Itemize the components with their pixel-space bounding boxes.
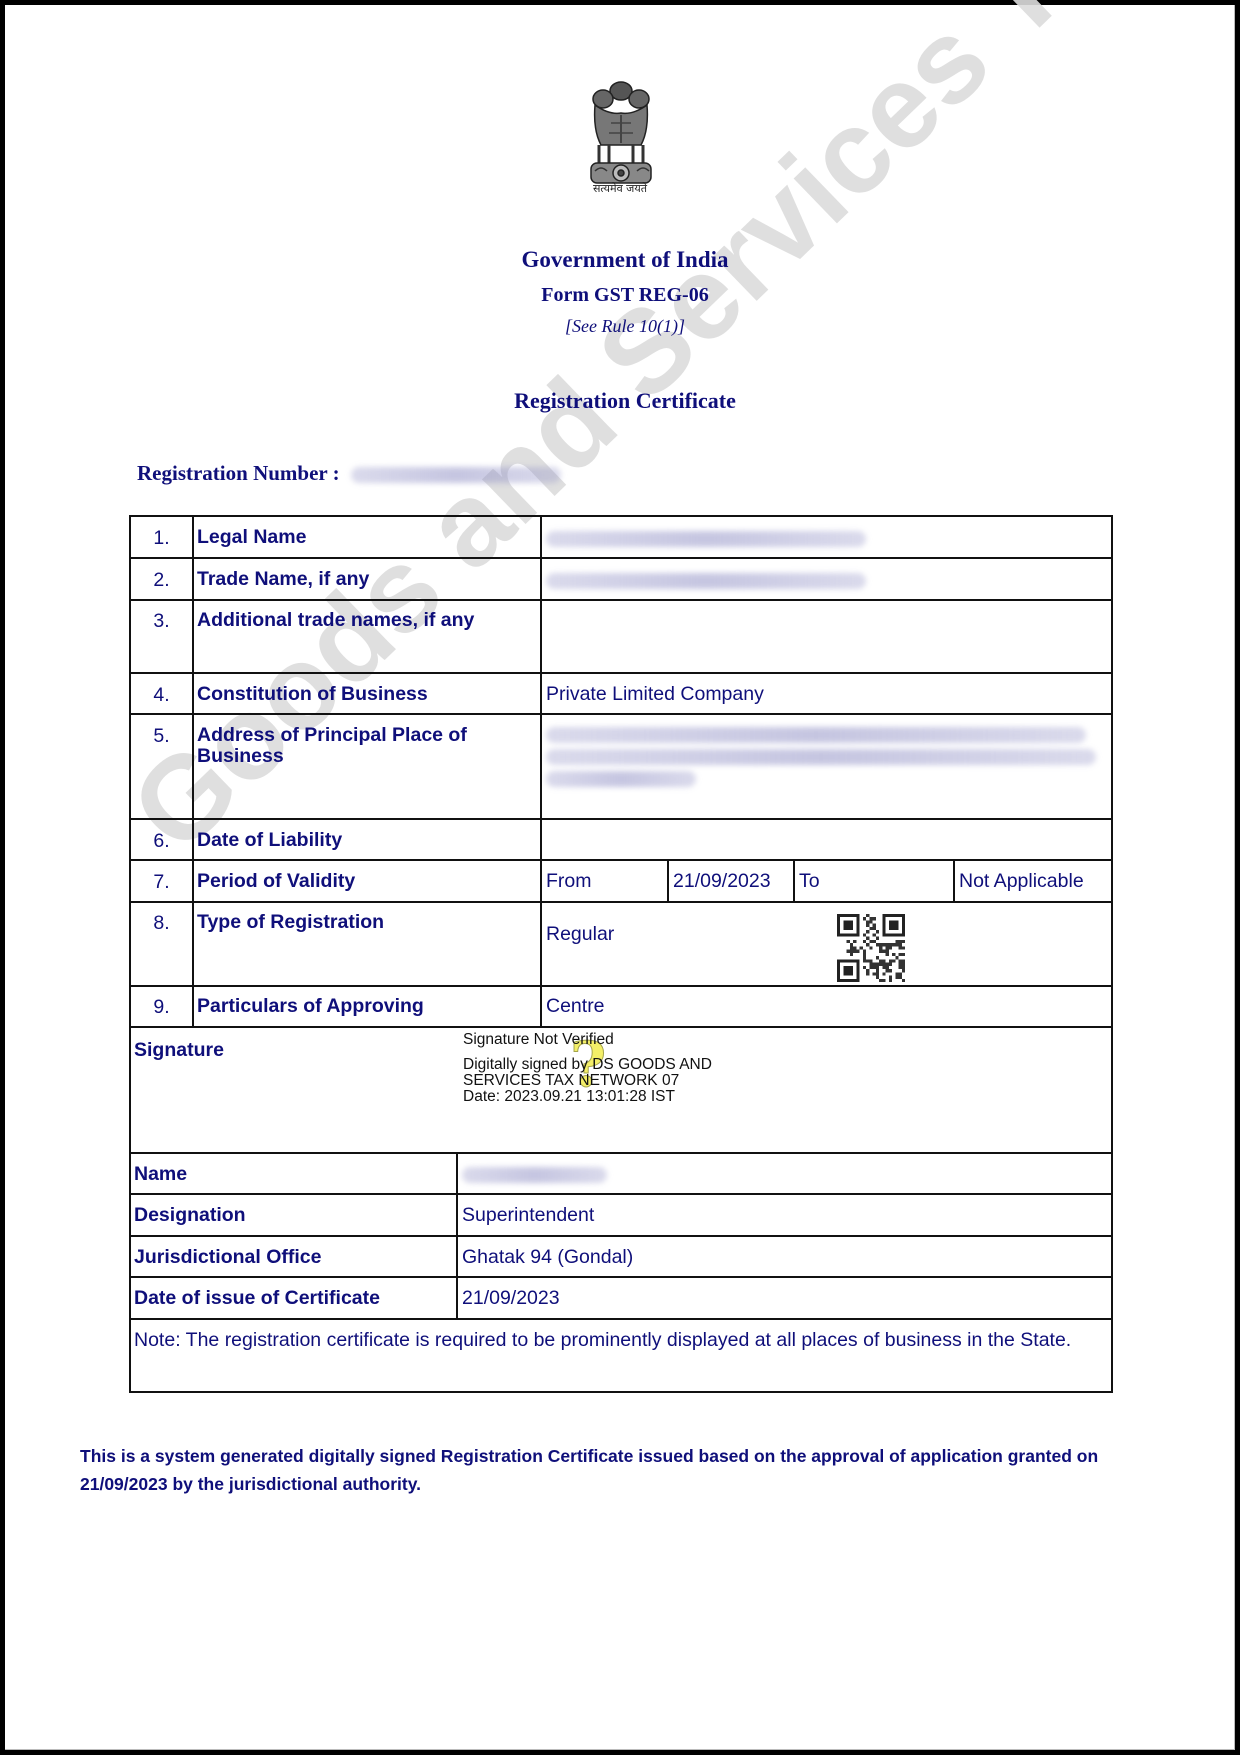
row-number: 4. xyxy=(131,684,192,707)
signature-signed-by-line1: Digitally signed by DS GOODS AND xyxy=(463,1057,712,1073)
validity-to-value: Not Applicable xyxy=(959,871,1084,892)
row-number: 8. xyxy=(131,912,192,935)
legal-name-value-redacted xyxy=(546,530,866,548)
signature-label: Signature xyxy=(134,1040,224,1061)
form-title: Form GST REG-06 xyxy=(5,284,1240,307)
row-label-additional-trade-names: Additional trade names, if any xyxy=(197,610,474,631)
jurisdictional-office-value: Ghatak 94 (Gondal) xyxy=(462,1247,633,1268)
designation-label: Designation xyxy=(134,1205,246,1226)
row-number: 2. xyxy=(131,569,192,592)
row-number: 9. xyxy=(131,996,192,1019)
row-label-legal-name: Legal Name xyxy=(197,527,306,548)
display-note: Note: The registration certificate is re… xyxy=(134,1330,1094,1351)
row-number: 6. xyxy=(131,830,192,853)
row-label-period-of-validity: Period of Validity xyxy=(197,871,355,892)
row-number: 5. xyxy=(131,725,192,748)
certificate-title: Registration Certificate xyxy=(5,388,1240,414)
government-title: Government of India xyxy=(5,247,1240,273)
validity-to-label: To xyxy=(799,871,820,892)
date-of-issue-value: 21/09/2023 xyxy=(462,1288,560,1309)
type-of-registration-value: Regular xyxy=(546,924,614,945)
row-label-particulars-of-approving: Particulars of Approving xyxy=(197,996,424,1017)
signature-status: Signature Not Verified xyxy=(463,1032,614,1048)
registration-number-label: Registration Number : xyxy=(137,461,340,485)
designation-value: Superintendent xyxy=(462,1205,594,1226)
validity-from-label: From xyxy=(546,871,592,892)
signature-signed-by-line2: SERVICES TAX NETWORK 07 xyxy=(463,1073,679,1089)
row-label-constitution: Constitution of Business xyxy=(197,684,428,705)
row-label-date-of-liability: Date of Liability xyxy=(197,830,342,851)
date-of-issue-label: Date of issue of Certificate xyxy=(134,1288,380,1309)
officer-name-value-redacted xyxy=(462,1166,607,1184)
row-label-trade-name: Trade Name, if any xyxy=(197,569,369,590)
validity-from-date: 21/09/2023 xyxy=(673,871,771,892)
signature-date: Date: 2023.09.21 13:01:28 IST xyxy=(463,1089,675,1105)
constitution-value: Private Limited Company xyxy=(546,684,764,705)
address-value-redacted xyxy=(546,727,1101,787)
officer-name-label: Name xyxy=(134,1164,187,1185)
particulars-of-approving-value: Centre xyxy=(546,996,605,1017)
row-number: 3. xyxy=(131,610,192,633)
registration-number-value-redacted xyxy=(351,467,561,483)
rule-reference: [See Rule 10(1)] xyxy=(5,316,1240,337)
emblem-motto: सत्यमेव जयते xyxy=(565,181,675,196)
registration-number-line: Registration Number : xyxy=(137,461,561,486)
row-number: 7. xyxy=(131,871,192,894)
system-generated-footer: This is a system generated digitally sig… xyxy=(80,1442,1160,1498)
row-number: 1. xyxy=(131,527,192,550)
row-label-address: Address of Principal Place of Business xyxy=(197,725,527,767)
qr-code-icon xyxy=(837,914,905,982)
jurisdictional-office-label: Jurisdictional Office xyxy=(134,1247,321,1268)
trade-name-value-redacted xyxy=(546,572,866,590)
row-label-type-of-registration: Type of Registration xyxy=(197,912,384,933)
certificate-page: Goods and Services Tax सत्यमेव जयते Gove… xyxy=(5,5,1235,1750)
